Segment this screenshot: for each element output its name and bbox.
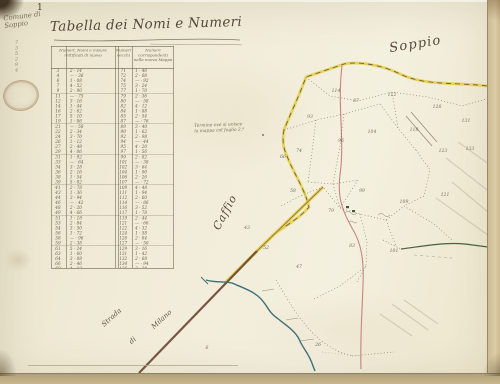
page-bottom-edge [0,373,500,384]
map-label-road-word2: di [127,335,137,345]
parcel-number: 93 [307,114,313,120]
boundary-yellow-band [257,63,487,251]
table-row: 592 · 38127— · 50 [51,241,174,246]
parcel-number: 66 [280,154,286,160]
parcel-number: 126 [433,104,442,110]
map-label-road-word3: Milano [149,308,173,331]
table-cell: 1 · 78 [131,210,174,215]
table-cell: 2 · 38 [65,241,115,246]
table-cell: 2 · 90 [65,88,115,93]
table-row: 294 · 06971 · 56 [51,149,174,154]
handwriting-scribbles [345,212,390,224]
pencil-hatching [380,142,500,336]
table-cell: 59 [51,241,65,246]
table-cell: 4 · 66 [65,210,115,215]
parcel-number: 109 [400,199,409,205]
parcel-number: 131 [462,118,471,124]
scan-corner-shadow [488,0,500,26]
reference-dot [262,134,264,136]
table-cell: — · 76 [131,119,174,124]
parcel-number: 43 [243,225,250,231]
table-cell: 1 · 70 [131,88,174,93]
table-header-left: Numeri, Nomi e misure rettificati di nuo… [51,46,115,68]
red-path-line [339,66,363,369]
page-right-edge [487,0,500,384]
bridge-ticks [262,289,314,341]
parcel-number: 52 [263,245,269,251]
scan-corner-shadow [0,0,24,20]
table-cell: 1 · 56 [131,149,174,154]
table-row: 395 · 02107— · 72 [51,180,174,185]
faint-dash-line [414,255,452,258]
parcel-number: 58 [290,188,296,194]
parcel-number: 74 [296,148,302,154]
table-row: 92 · 90771 · 70 [51,88,174,93]
table-rule [66,46,67,268]
table-header: Numeri, Nomi e misure rettificati di nuo… [51,46,174,68]
table-cell: — · 50 [131,241,174,246]
parcel-number: 83 [349,243,355,249]
stream-line [206,280,315,371]
parcel-number: 118 [410,127,419,133]
green-boundary-line [383,240,488,258]
parcel-number: 104 [368,129,377,135]
table-row: 494 · 661171 · 78 [51,210,174,215]
table-rule [118,46,119,268]
table-cell: 29 [51,149,65,154]
parcel-number: 121 [441,192,450,198]
table-cell: 9 [51,88,65,93]
scan-corner-shadow [484,354,500,376]
scan-top-edge [0,0,500,2]
table-body: 32 · 14711 · 464— · 36722 · 0861 · 0874—… [51,68,174,268]
building-marks [346,206,355,212]
faint-stamp [4,248,32,272]
table-rule [51,68,174,69]
parcel-number: 99 [359,188,365,194]
title-underline [54,39,242,45]
map-label-locality: Caffio [210,193,239,233]
territory-boundary [257,63,487,251]
table-cell: 19 [51,119,65,124]
parcel-number: 87 [353,98,359,104]
table-cell: — · 72 [131,180,174,185]
parcel-number: 133 [466,146,475,152]
margin-figures: 735294 [15,40,18,73]
table-header-new-numbers: Numeri corrispondenti nella nuova Mappa [132,46,174,68]
table-rule [51,46,52,268]
parcel-number: 114 [332,88,341,94]
road-lower-segment [139,251,257,373]
parcel-number: 6 [206,345,209,351]
table-rule [132,46,133,268]
table-row: 191 · 8687— · 76 [51,119,174,124]
table-cell: 49 [51,210,65,215]
parcel-number: 112 [388,92,397,98]
parcel-number: 101 [390,248,399,254]
table-cell: 5 · 02 [65,180,115,185]
table-rule [115,46,116,268]
margin-figure: 4 [15,68,18,74]
table-rule [51,268,174,269]
map-label-region: Soppio [388,33,442,56]
table-rule [51,46,174,47]
green-line [401,243,488,249]
scanned-cadastral-map-page: Soppio Caffio Strada di Milano 114938711… [0,0,500,384]
table-rule [173,46,174,268]
parcel-number: 123 [439,148,448,154]
scan-corner-shadow [0,350,16,376]
table-cell: 1 · 86 [65,119,115,124]
table-cell: 39 [51,180,65,185]
parcel-number: 26 [314,342,321,348]
road-edge-line [257,187,323,251]
parcel-number: 47 [295,264,302,270]
paper-fold-line [28,365,238,366]
parcel-number: 79 [328,208,334,214]
table-cell: 4 · 06 [65,149,115,154]
map-label-road-word1: Strada [100,307,123,329]
parcel-number: 96 [338,138,344,144]
green-line-dotted-tail [383,240,401,249]
